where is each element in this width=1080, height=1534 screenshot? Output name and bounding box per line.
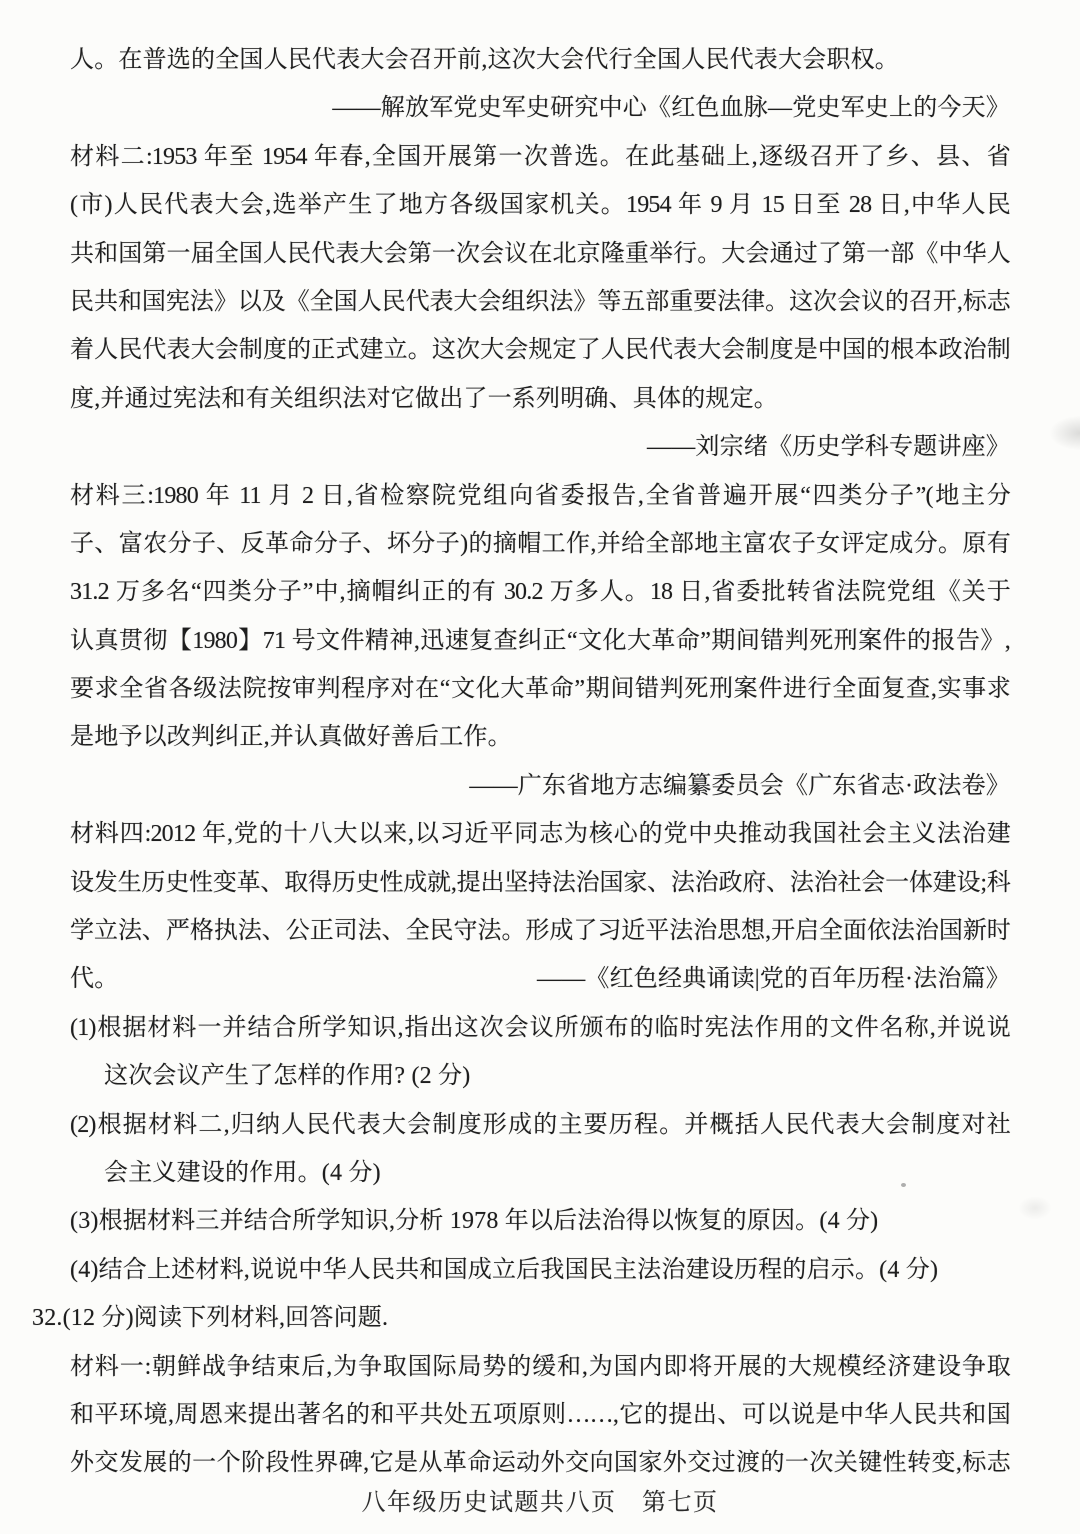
question-31-2-line: 会主义建设的作用。(4 分) — [70, 1149, 1010, 1197]
q32-material-1-line: 材料一:朝鲜战争结束后,为争取国际局势的缓和,为国内即将开展的大规模经济建设争取 — [70, 1343, 1010, 1391]
material-2-line: 共和国第一届全国人民代表大会第一次会议在北京隆重举行。大会通过了第一部《中华人 — [70, 230, 1010, 278]
source-attribution: ——《红色经典诵读|党的百年历程·法治篇》 — [537, 955, 1010, 1003]
material-2-line: (市)人民代表大会,选举产生了地方各级国家机关。1954 年 9 月 15 日至… — [70, 181, 1010, 229]
question-32-header-line: 32.(12 分)阅读下列材料,回答问题. — [32, 1294, 1010, 1342]
material-3-line: 是地予以改判纠正,并认真做好善后工作。 — [70, 713, 1010, 761]
source-attribution: ——刘宗绪《历史学科专题讲座》 — [70, 423, 1010, 471]
material-2-line: 材料二:1953 年至 1954 年春,全国开展第一次普选。在此基础上,逐级召开… — [70, 133, 1010, 181]
source-attribution: ——广东省地方志编纂委员会《广东省志·政法卷》 — [70, 762, 1010, 810]
material-2-line: 着人民代表大会制度的正式建立。这次大会规定了人民代表大会制度是中国的根本政治制 — [70, 326, 1010, 374]
paragraph-end-text: 代。 — [70, 955, 118, 1003]
question-31-1-line: 这次会议产生了怎样的作用? (2 分) — [70, 1052, 1010, 1100]
material-4-line: 设发生历史性变革、取得历史性成就,提出坚持法治国家、法治政府、法治社会一体建设;… — [70, 859, 1010, 907]
material-2-line: 民共和国宪法》以及《全国人民代表大会组织法》等五部重要法律。这次会议的召开,标志 — [70, 278, 1010, 326]
exam-paper-page: 人。在普选的全国人民代表大会召开前,这次大会代行全国人民代表大会职权。——解放军… — [0, 0, 1080, 1534]
scan-smudge — [1018, 1196, 1052, 1220]
material-4-line: 学立法、严格执法、公正司法、全民守法。形成了习近平法治思想,开启全面依法治国新时 — [70, 907, 1010, 955]
question-31-2-line: (2)根据材料二,归纳人民代表大会制度形成的主要历程。并概括人民代表大会制度对社 — [70, 1101, 1010, 1149]
q32-material-1-line: 和平环境,周恩来提出著名的和平共处五项原则……,它的提出、可以说是中华人民共和国 — [70, 1391, 1010, 1439]
q32-material-1-line: 外交发展的一个阶段性界碑,它是从革命运动外交向国家外交过渡的一次关键性转变,标志 — [70, 1439, 1010, 1487]
question-31-1-line: (1)根据材料一并结合所学知识,指出这次会议所颁布的临时宪法作用的文件名称,并说… — [70, 1004, 1010, 1052]
material-4-line: 材料四:2012 年,党的十八大以来,以习近平同志为核心的党中央推动我国社会主义… — [70, 810, 1010, 858]
material-1-overflow-line: 人。在普选的全国人民代表大会召开前,这次大会代行全国人民代表大会职权。 — [70, 36, 1010, 84]
question-31-4-line: (4)结合上述材料,说说中华人民共和国成立后我国民主法治建设历程的启示。(4 分… — [70, 1246, 1010, 1294]
material-2-line: 度,并通过宪法和有关组织法对它做出了一系列明确、具体的规定。 — [70, 375, 1010, 423]
source-attribution: ——解放军党史军史研究中心《红色血脉—党史军史上的今天》 — [70, 84, 1010, 132]
material-3-line: 认真贯彻【1980】71 号文件精神,迅速复查纠正“文化大革命”期间错判死刑案件… — [70, 617, 1010, 665]
material-3-line: 子、富农分子、反革命分子、坏分子)的摘帽工作,并给全部地主富农子女评定成分。原有 — [70, 520, 1010, 568]
scan-smudge — [1050, 416, 1080, 450]
material-3-line: 材料三:1980 年 11 月 2 日,省检察院党组向省委报告,全省普遍开展“四… — [70, 472, 1010, 520]
scan-speck — [901, 1183, 906, 1187]
material-3-line: 要求全省各级法院按审判程序对在“文化大革命”期间错判死刑案件进行全面复查,实事求 — [70, 665, 1010, 713]
material-3-line: 31.2 万多名“四类分子”中,摘帽纠正的有 30.2 万多人。18 日,省委批… — [70, 568, 1010, 616]
document-lines: 人。在普选的全国人民代表大会召开前,这次大会代行全国人民代表大会职权。——解放军… — [70, 36, 1010, 1488]
page-footer: 八年级历史试题共八页 第七页 — [0, 1488, 1080, 1518]
question-31-3-line: (3)根据材料三并结合所学知识,分析 1978 年以后法治得以恢复的原因。(4 … — [70, 1197, 1010, 1245]
material-4-end-line: 代。——《红色经典诵读|党的百年历程·法治篇》 — [70, 955, 1010, 1003]
